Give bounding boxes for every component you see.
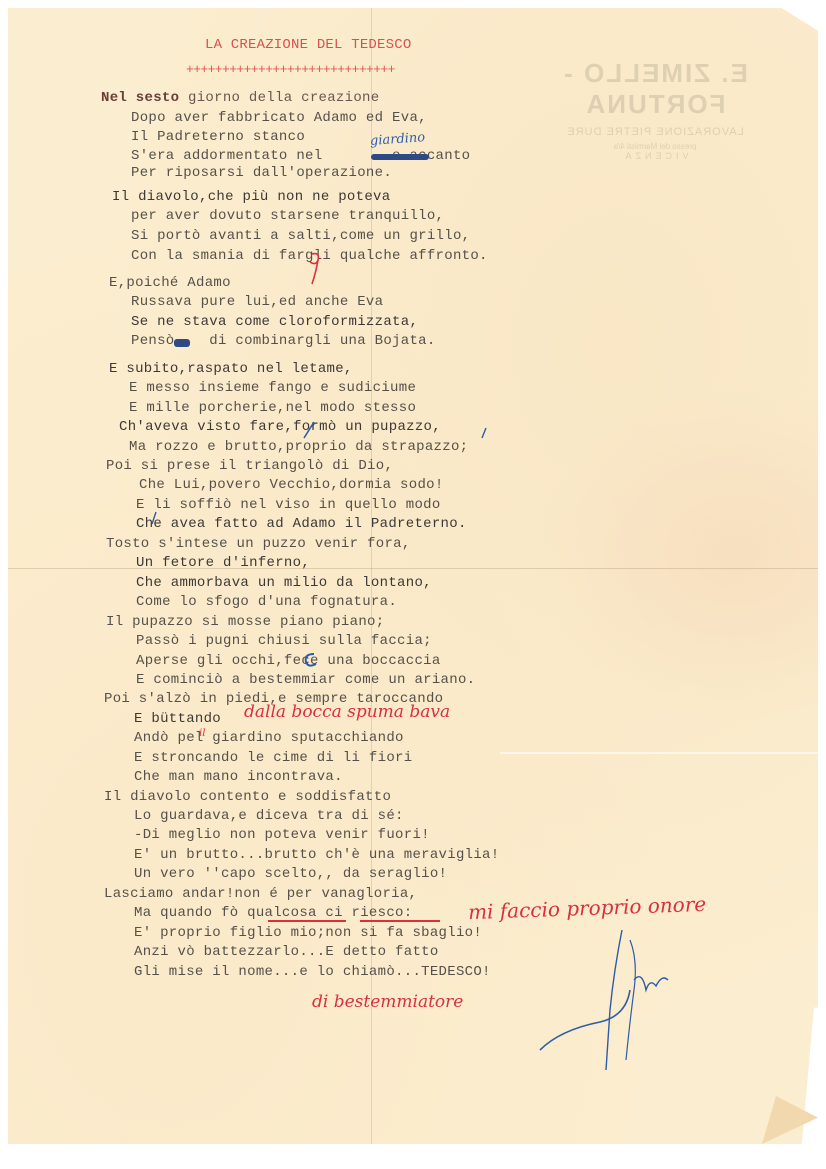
poem-line: Gli mise il nome...e lo chiamò...TEDESCO… <box>134 964 491 980</box>
poem-line: -Di meglio non poteva venir fuori! <box>134 827 430 843</box>
poem-line: Russava pure lui,ed anche Eva <box>131 294 383 310</box>
poem-line: E li soffiò nel viso in quello modo <box>136 497 441 513</box>
blue-signature <box>530 930 690 1080</box>
poem-line: Dopo aver fabbricato Adamo ed Eva, <box>131 110 427 126</box>
poem-line: Per riposarsi dall'operazione. <box>131 165 392 181</box>
blue-comma-mark <box>478 426 492 440</box>
blue-strikethrough <box>371 154 429 160</box>
poem-line: Lo guardava,e diceva tra di sé: <box>134 808 404 824</box>
poem-line: Tosto s'intese un puzzo venir fora, <box>106 536 411 552</box>
red-underline-ci-riesco <box>360 920 440 922</box>
poem-line: Che Lui,povero Vecchio,dormia sodo! <box>139 477 444 493</box>
poem-line: Ma rozzo e brutto,proprio da strapazzo; <box>129 439 468 455</box>
red-correction-mark <box>300 250 330 290</box>
poem-line: Un fetore d'inferno, <box>136 555 310 571</box>
blue-tick-mark <box>146 510 160 528</box>
poem-line: Se ne stava come cloroformizzata, <box>131 314 418 330</box>
poem-line: Anzi vò battezzarlo...E detto fatto <box>134 944 439 960</box>
poem-line: E stroncando le cime di li fiori <box>134 750 412 766</box>
bold-text: Nel sesto <box>101 90 179 106</box>
poem-line: E' proprio figlio mio;non si fa sbaglio! <box>134 925 482 941</box>
poem-line: Andò pel giardino sputacchiando <box>134 730 404 746</box>
red-annotation-pel: il <box>199 728 205 739</box>
poem-line: Il Padreterno stanco <box>131 129 305 145</box>
poem-line: E cominciò a bestemmiar come un ariano. <box>136 672 475 688</box>
poem-line: E büttando <box>134 711 221 727</box>
line-text: giorno della creazione <box>179 90 379 106</box>
poem-line: per aver dovuto starsene tranquillo, <box>131 208 444 224</box>
poem-line: Poi si prese il triangolò di Dio, <box>106 458 393 474</box>
red-underline-qualcosa <box>268 920 346 922</box>
poem-line: Lasciamo andar!non é per vanagloria, <box>104 886 417 902</box>
poem-line: Che ammorbava un milio da lontano, <box>136 575 432 591</box>
poem-line: E mille porcherie,nel modo stesso <box>129 400 416 416</box>
poem-line: Il diavolo,che più non ne poteva <box>112 189 390 205</box>
poem-line: Il diavolo contento e soddisfatto <box>104 789 391 805</box>
poem-line: Il pupazzo si mosse piano piano; <box>106 614 384 630</box>
poem-line: Che avea fatto ad Adamo il Padreterno. <box>136 516 467 532</box>
poem-line: Ch'aveva visto fare,formò un pupazzo, <box>119 419 441 435</box>
blue-strikethrough-small <box>174 339 190 347</box>
poem-line: Come lo sfogo d'una fognatura. <box>136 594 397 610</box>
blue-slash-mark <box>300 420 320 440</box>
poem-line: Si portò avanti a salti,come un grillo, <box>131 228 470 244</box>
poem-line: Che man mano incontrava. <box>134 769 343 785</box>
red-annotation-buttando: dalla bocca spuma bava <box>244 702 450 722</box>
poem-line: E,poiché Adamo <box>109 275 231 291</box>
poem-line: E' un brutto...brutto ch'è una meravigli… <box>134 847 499 863</box>
poem-line: E subito,raspato nel letame, <box>109 361 353 377</box>
poem-line: Aperse gli occhi,fece una boccaccia <box>136 653 441 669</box>
blue-c-mark <box>300 650 320 670</box>
poem-line: Ma quando fò qualcosa ci riesco: <box>134 905 412 921</box>
poem-line: Un vero ''capo scelto,, da seraglio! <box>134 866 447 882</box>
poem-line: E messo insieme fango e sudiciume <box>129 380 416 396</box>
red-annotation-closing: di bestemmiatore <box>312 992 463 1012</box>
poem-line: Passò i pugni chiusi sulla faccia; <box>136 633 432 649</box>
poem-line: Nel sesto giorno della creazione <box>101 90 379 106</box>
